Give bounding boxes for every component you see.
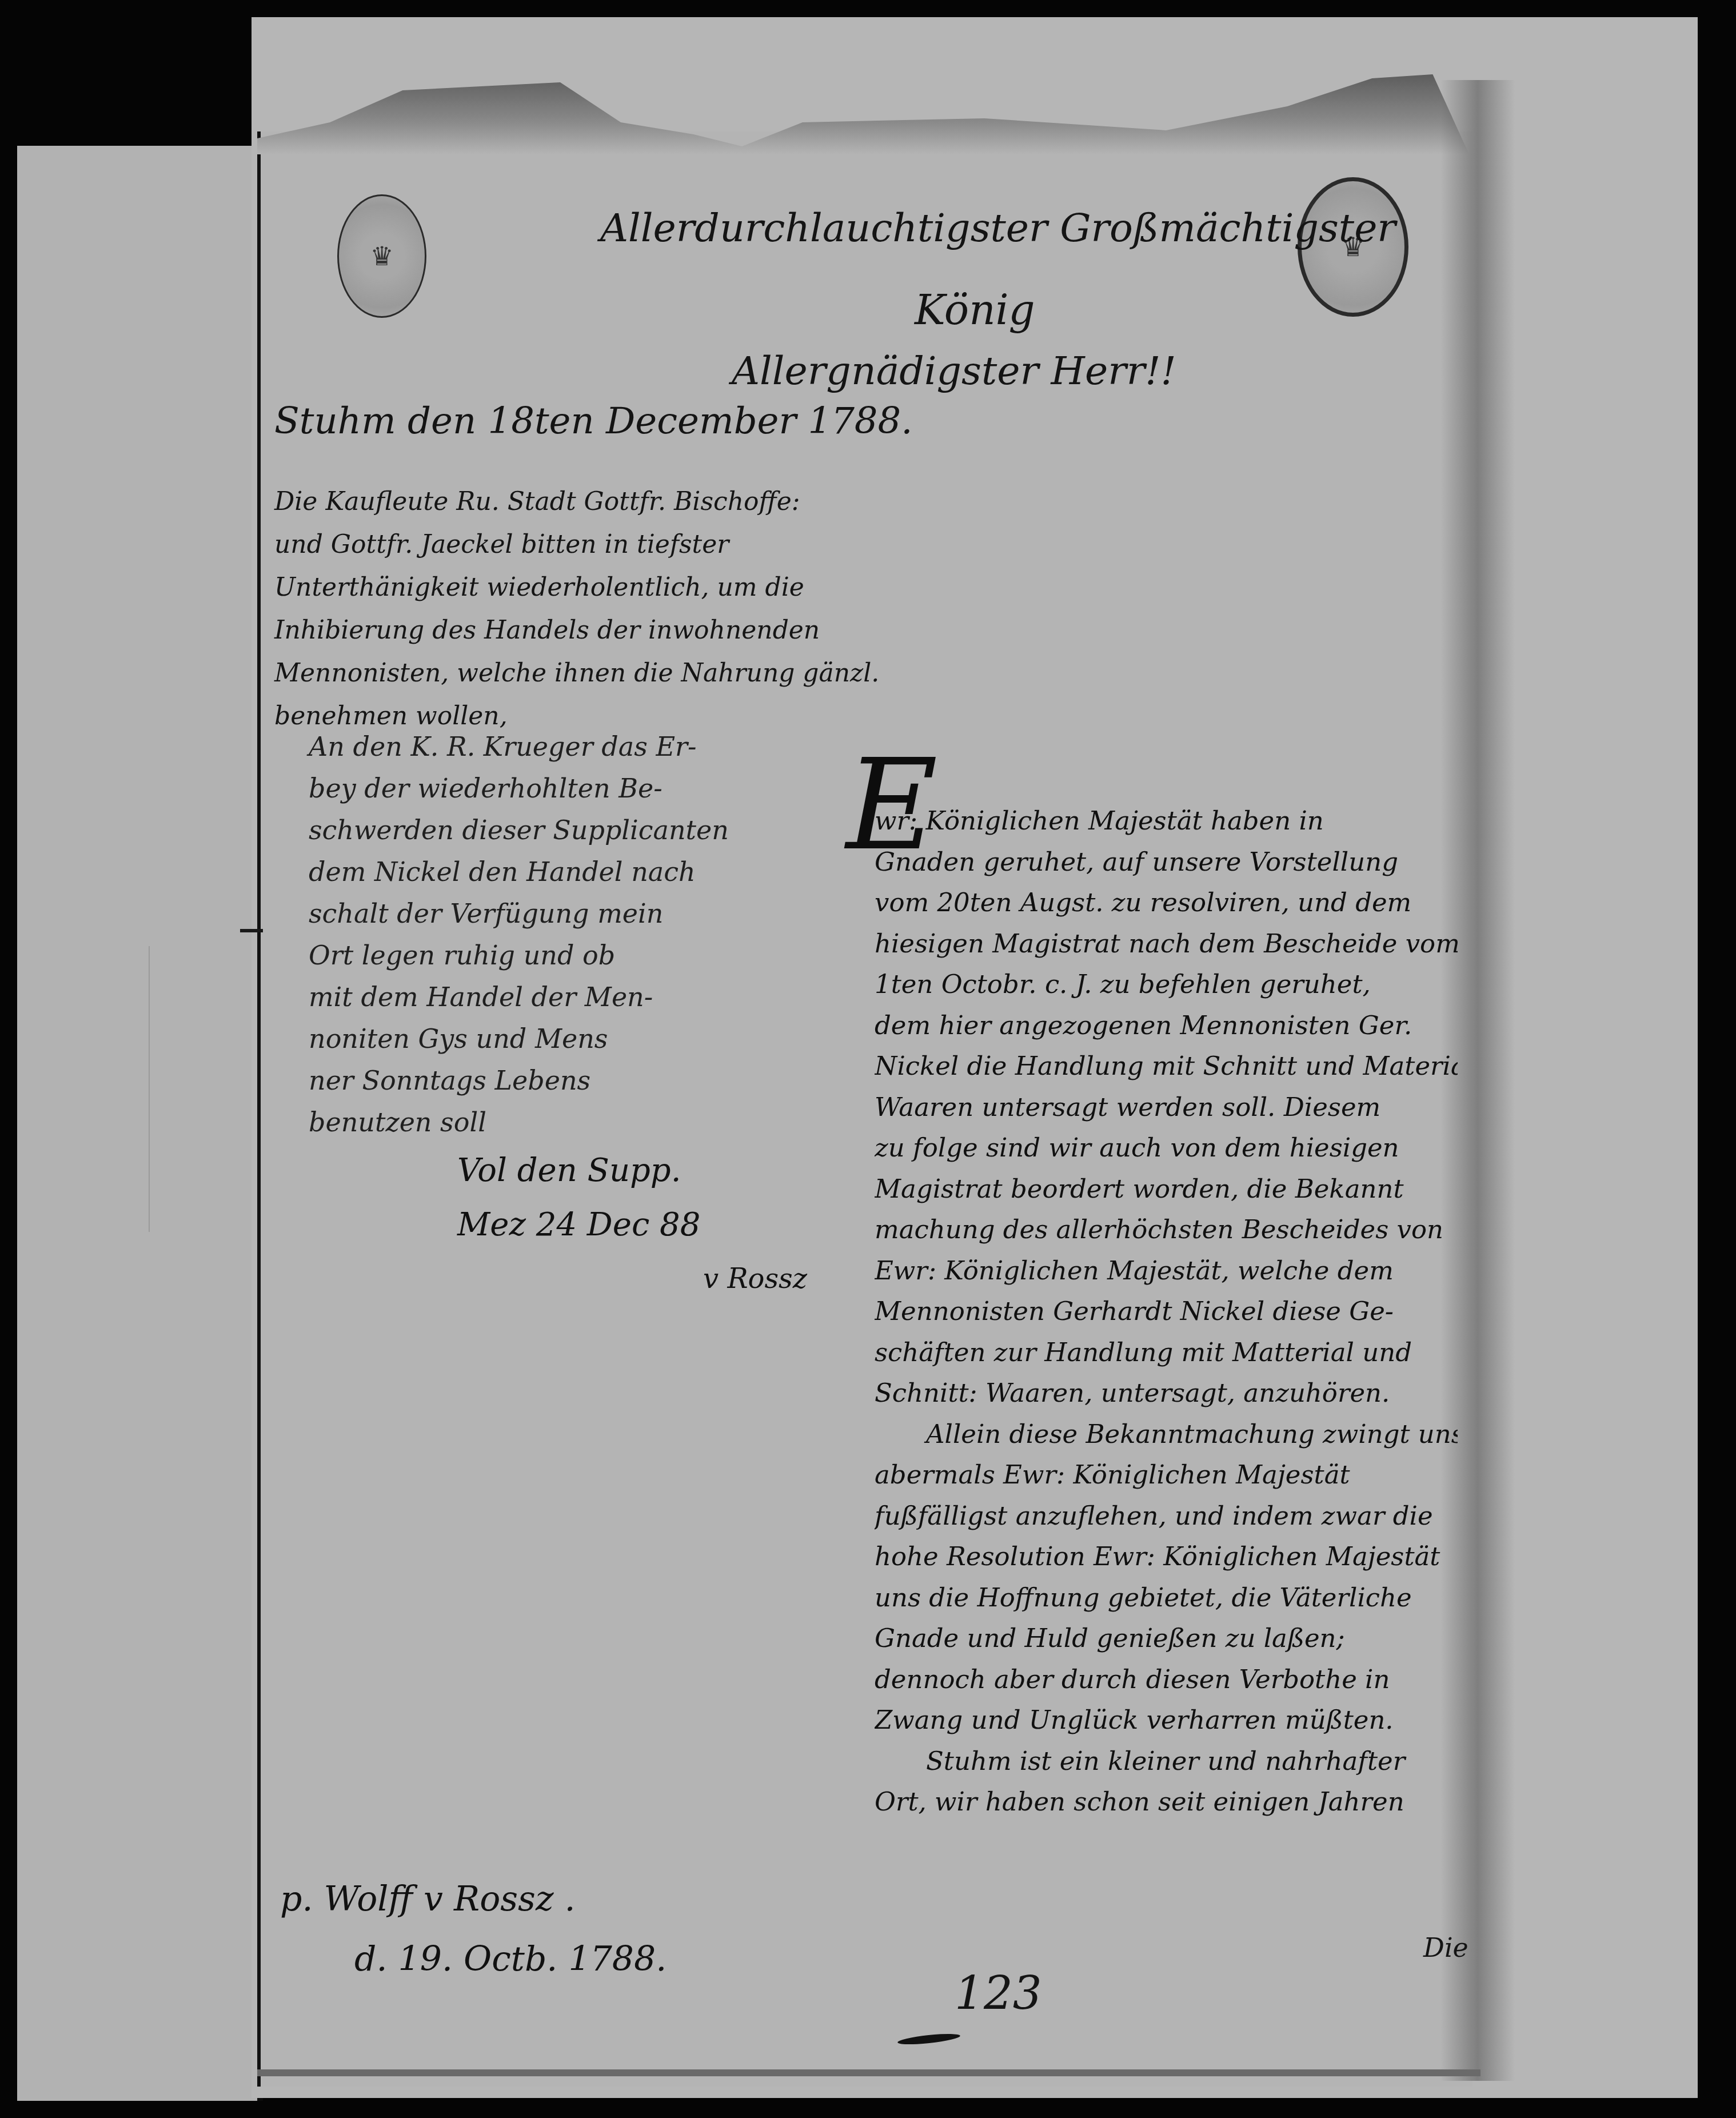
paper-crease xyxy=(149,946,150,1232)
body-line: Mennonisten Gerhardt Nickel diese Ge- xyxy=(875,1291,1458,1332)
body-line: hohe Resolution Ewr: Königlichen Majestä… xyxy=(875,1536,1458,1577)
page-bottom-edge xyxy=(257,2069,1480,2076)
body-line: zu folge sind wir auch von dem hiesigen xyxy=(875,1127,1458,1168)
decree-annotation: Vol den Supp. Mez 24 Dec 88 v Rossz xyxy=(457,1143,807,1306)
marginal-line: noniten Gys und Mens xyxy=(309,1018,949,1060)
summary-line: und Gottfr. Jaeckel bitten in tiefster xyxy=(274,523,915,566)
summary-line: Unterthänigkeit wiederholentlich, um die xyxy=(274,566,915,609)
body-line: Nickel die Handlung mit Schnitt und Mate… xyxy=(875,1046,1458,1087)
body-line: Schnitt: Waaren, untersagt, anzuhören. xyxy=(875,1373,1458,1414)
summary-line: Inhibierung des Handels der inwohnenden xyxy=(274,609,915,652)
body-line: wr: Königlichen Majestät haben in xyxy=(875,800,1458,841)
marginal-line: mit dem Handel der Men- xyxy=(309,976,949,1018)
body-line: abermals Ewr: Königlichen Majestät xyxy=(875,1454,1458,1495)
marginal-line: ner Sonntags Lebens xyxy=(309,1060,949,1102)
body-line: Waaren untersagt werden soll. Diesem xyxy=(875,1087,1458,1128)
filing-note-line: p. Wolff v Rossz . xyxy=(280,1869,667,1929)
salutation-line-2: König xyxy=(915,286,1035,334)
body-line: machung des allerhöchsten Bescheides von xyxy=(875,1209,1458,1250)
marginal-line: benutzen soll xyxy=(309,1102,949,1143)
decree-line: Vol den Supp. xyxy=(457,1143,807,1198)
decree-line: Mez 24 Dec 88 xyxy=(457,1198,807,1252)
body-line: Ort, wir haben schon seit einigen Jahren xyxy=(875,1781,1458,1822)
body-line: Zwang und Unglück verharren müßten. xyxy=(875,1700,1458,1741)
place-and-date: Stuhm den 18ten December 1788. xyxy=(274,400,913,442)
body-line: Ewr: Königlichen Majestät, welche dem xyxy=(875,1250,1458,1291)
body-line: Stuhm ist ein kleiner und nahrhafter xyxy=(875,1741,1458,1782)
body-line: Allein diese Bekanntmachung zwingt uns xyxy=(875,1414,1458,1455)
body-line: Gnaden geruhet, auf unsere Vorstellung xyxy=(875,841,1458,883)
seal-stamp-left: ♛ xyxy=(337,194,426,318)
body-line: fußfälligst anzuflehen, und indem zwar d… xyxy=(875,1495,1458,1537)
body-line: vom 20ten Augst. zu resolviren, und dem xyxy=(875,882,1458,923)
left-blank-leaf xyxy=(17,146,263,2101)
body-line: dennoch aber durch diesen Verbothe in xyxy=(875,1659,1458,1700)
body-line: schäften zur Handlung mit Matterial und xyxy=(875,1332,1458,1373)
summary-line: Die Kaufleute Ru. Stadt Gottfr. Bischoff… xyxy=(274,480,915,523)
marginal-line: Ort legen ruhig und ob xyxy=(309,935,949,976)
catchword: Die xyxy=(1423,1932,1468,1963)
crown-monogram-icon: ♛ xyxy=(370,241,393,272)
filing-note-line: d. 19. Octb. 1788. xyxy=(354,1929,667,1989)
petition-summary: Die Kaufleute Ru. Stadt Gottfr. Bischoff… xyxy=(274,480,915,737)
folio-number: 123 xyxy=(955,1967,1042,2020)
body-line: 1ten Octobr. c. J. zu befehlen geruhet, xyxy=(875,964,1458,1005)
summary-line: Mennonisten, welche ihnen die Nahrung gä… xyxy=(274,652,915,695)
body-line: Gnade und Huld genießen zu laßen; xyxy=(875,1618,1458,1659)
decree-signature: v Rossz xyxy=(703,1252,807,1306)
body-line: Magistrat beordert worden, die Bekannt xyxy=(875,1168,1458,1210)
binding-thread xyxy=(240,929,263,932)
salutation-line-1: Allerdurchlauchtigster Großmächtigster xyxy=(600,206,1396,251)
body-line: uns die Hoffnung gebietet, die Väterlich… xyxy=(875,1577,1458,1618)
filing-note: p. Wolff v Rossz . d. 19. Octb. 1788. xyxy=(280,1869,667,1989)
salutation-line-3: Allergnädigster Herr!! xyxy=(732,349,1176,394)
body-line: hiesigen Magistrat nach dem Bescheide vo… xyxy=(875,923,1458,964)
marginal-line: schalt der Verfügung mein xyxy=(309,893,949,935)
body-line: dem hier angezogenen Mennonisten Ger. xyxy=(875,1005,1458,1046)
petition-body: wr: Königlichen Majestät haben in Gnaden… xyxy=(875,800,1458,1822)
